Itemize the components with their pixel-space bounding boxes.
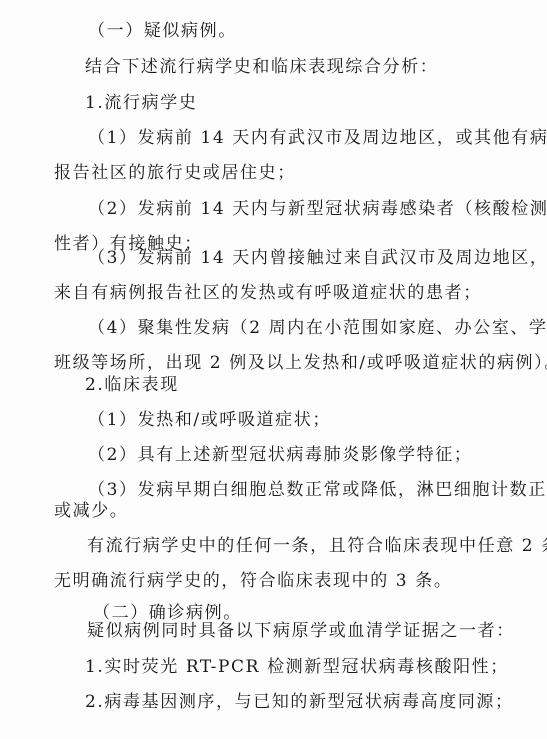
- list-item-conf-2: 2.病毒基因测序，与已知的新型冠状病毒高度同源；: [85, 691, 514, 713]
- section-heading-suspected: （一）疑似病例。: [88, 20, 237, 42]
- list-item-epi-3: （3）发病前 14 天内曾接触过来自武汉市及周边地区，或: [88, 247, 547, 269]
- intro-paragraph: 结合下述流行病学史和临床表现综合分析：: [85, 56, 438, 78]
- list-item-clin-2: （2）具有上述新型冠状病毒肺炎影像学特征；: [88, 444, 472, 466]
- list-item-epi-4: （4）聚集性发病（2 周内在小范围如家庭、办公室、学校: [88, 317, 547, 339]
- subheading-epidemiology: 1.流行病学史: [85, 92, 197, 114]
- document-page: （一）疑似病例。 结合下述流行病学史和临床表现综合分析： 1.流行病学史 （1）…: [0, 0, 547, 739]
- list-item-epi-3-cont: 来自有病例报告社区的发热或有呼吸道症状的患者；: [54, 282, 482, 304]
- list-item-clin-1: （1）发热和/或呼吸道症状；: [88, 409, 331, 431]
- subheading-clinical: 2.临床表现: [85, 374, 179, 396]
- criteria-paragraph-cont: 无明确流行病学史的，符合临床表现中的 3 条。: [54, 570, 452, 592]
- confirmed-intro-paragraph: 疑似病例同时具备以下病原学或血清学证据之一者：: [87, 620, 515, 642]
- list-item-epi-1: （1）发病前 14 天内有武汉市及周边地区，或其他有病例: [88, 127, 547, 149]
- list-item-epi-2: （2）发病前 14 天内与新型冠状病毒感染者（核酸检测阳: [88, 198, 547, 220]
- criteria-paragraph: 有流行病学史中的任何一条，且符合临床表现中任意 2 条。: [87, 535, 547, 557]
- list-item-clin-3: （3）发病早期白细胞总数正常或降低，淋巴细胞计数正常: [88, 479, 547, 501]
- list-item-epi-1-cont: 报告社区的旅行史或居住史；: [54, 162, 296, 184]
- list-item-conf-1: 1.实时荧光 RT-PCR 检测新型冠状病毒核酸阳性；: [85, 656, 509, 678]
- list-item-epi-4-cont: 班级等场所，出现 2 例及以上发热和/或呼吸道症状的病例）。: [54, 352, 547, 374]
- list-item-clin-3-cont: 或减少。: [54, 500, 128, 522]
